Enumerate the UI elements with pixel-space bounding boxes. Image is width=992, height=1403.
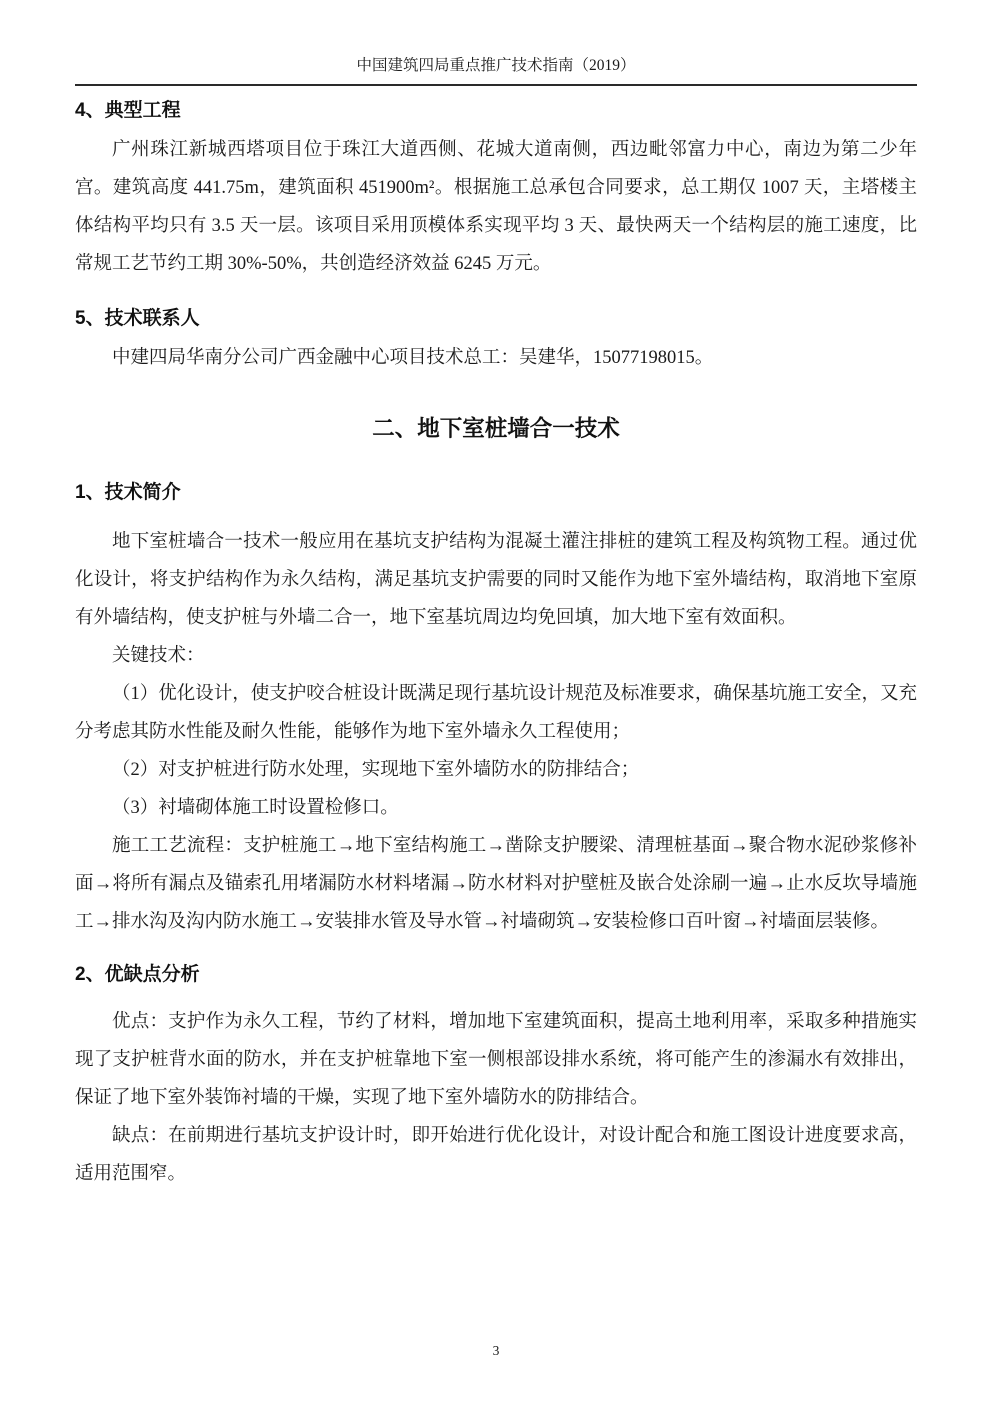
document-content: 4、典型工程 广州珠江新城西塔项目位于珠江大道西侧、花城大道南侧，西边毗邻富力中… xyxy=(75,99,917,1193)
header-title: 中国建筑四局重点推广技术指南（2019） xyxy=(356,57,635,74)
chapter-2-intro-heading: 1、技术简介 xyxy=(75,481,917,505)
key-tech-item-1: （1）优化设计，使支护咬合桩设计既满足现行基坑设计规范及标准要求，确保基坑施工安… xyxy=(75,675,917,751)
key-tech-label: 关键技术： xyxy=(75,637,917,675)
section-4-heading: 4、典型工程 xyxy=(75,99,917,123)
page-number: 3 xyxy=(493,1343,500,1358)
page-header: 中国建筑四局重点推广技术指南（2019） xyxy=(75,0,917,86)
process-flow-paragraph: 施工工艺流程：支护桩施工→地下室结构施工→凿除支护腰梁、清理桩基面→聚合物水泥砂… xyxy=(75,827,917,941)
key-tech-item-3: （3）衬墙砌体施工时设置检修口。 xyxy=(75,789,917,827)
intro-paragraph: 地下室桩墙合一技术一般应用在基坑支护结构为混凝土灌注排桩的建筑工程及构筑物工程。… xyxy=(75,523,917,637)
advantages-paragraph: 优点：支护作为永久工程，节约了材料，增加地下室建筑面积，提高土地利用率，采取多种… xyxy=(75,1003,917,1117)
section-5-heading: 5、技术联系人 xyxy=(75,307,917,331)
chapter-2-analysis-heading: 2、优缺点分析 xyxy=(75,963,917,987)
section-5-paragraph: 中建四局华南分公司广西金融中心项目技术总工：吴建华，15077198015。 xyxy=(75,339,917,377)
key-tech-item-2: （2）对支护桩进行防水处理，实现地下室外墙防水的防排结合； xyxy=(75,751,917,789)
chapter-2-title: 二、地下室桩墙合一技术 xyxy=(75,405,917,453)
page-footer: 3 xyxy=(0,1343,992,1359)
disadvantages-paragraph: 缺点：在前期进行基坑支护设计时，即开始进行优化设计，对设计配合和施工图设计进度要… xyxy=(75,1117,917,1193)
section-4-paragraph: 广州珠江新城西塔项目位于珠江大道西侧、花城大道南侧，西边毗邻富力中心，南边为第二… xyxy=(75,131,917,283)
document-page: 中国建筑四局重点推广技术指南（2019） 4、典型工程 广州珠江新城西塔项目位于… xyxy=(0,0,992,1403)
